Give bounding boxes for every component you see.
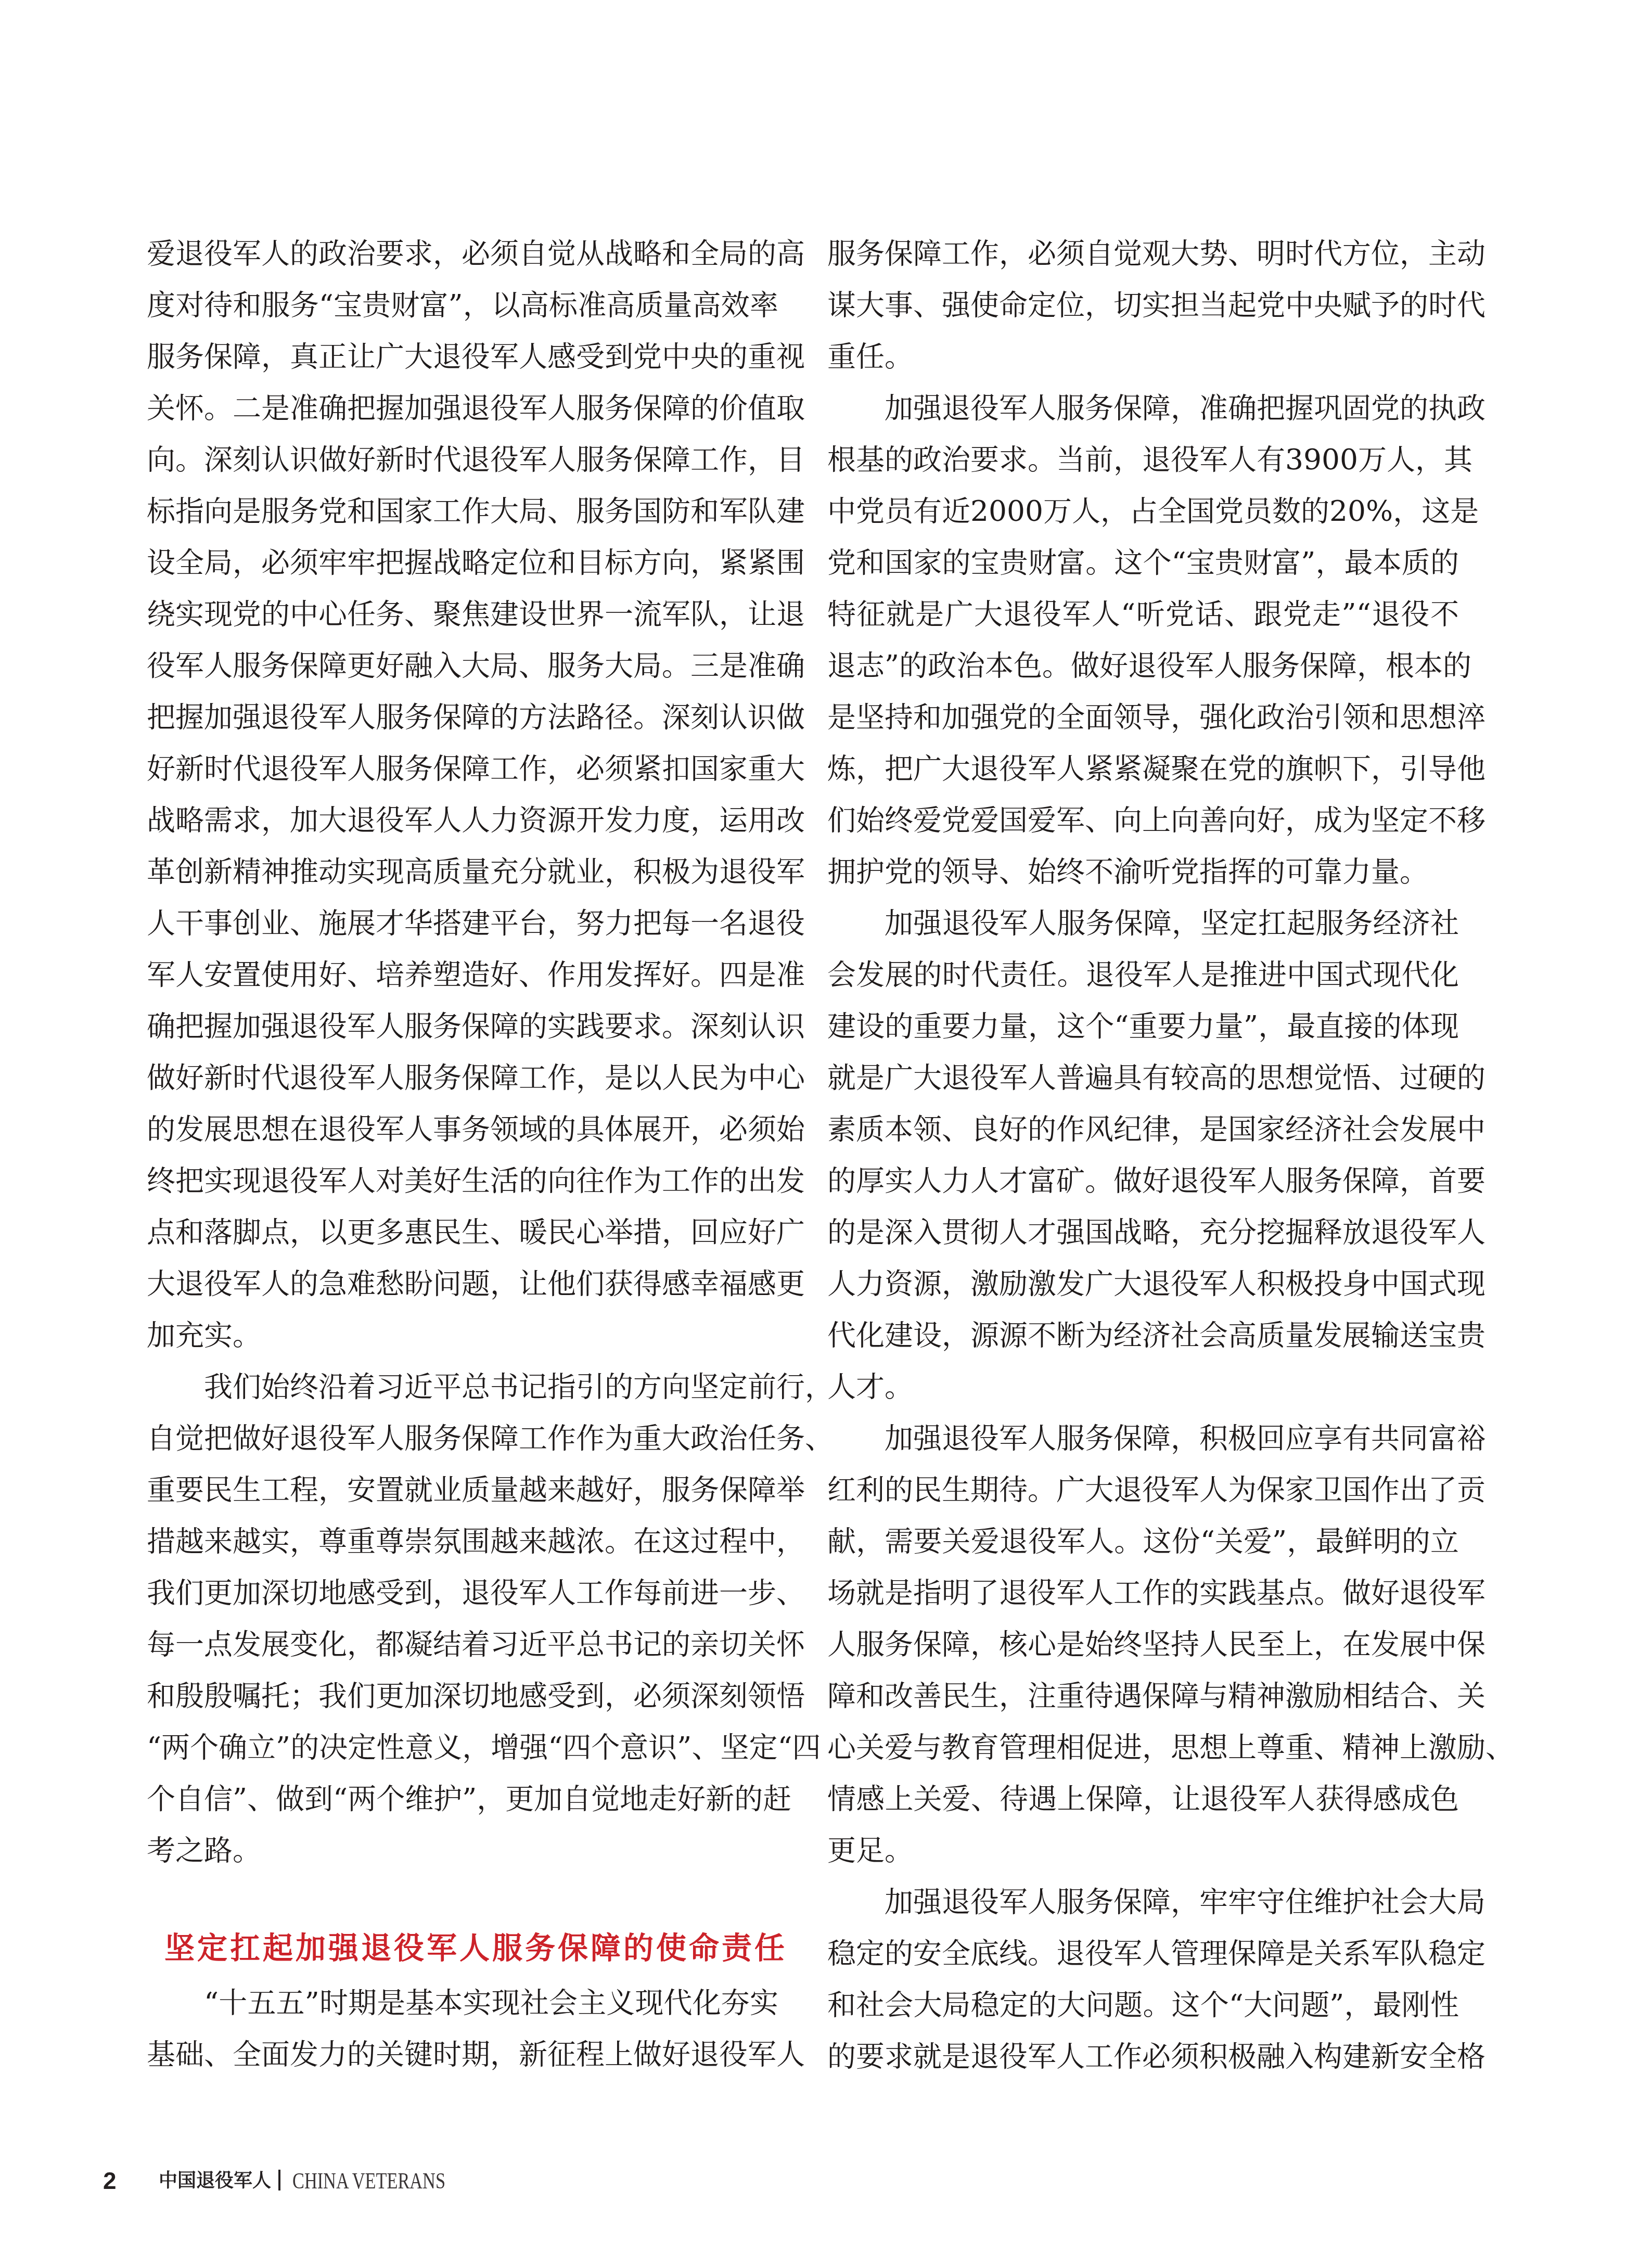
- body-line: 和社会大局稳定的大问题。这个“大问题”，最刚性: [827, 1987, 1459, 2023]
- body-line: 人服务保障，核心是始终坚持人民至上，在发展中保: [827, 1626, 1459, 1662]
- body-line: 特征就是广大退役军人“听党话、跟党走”“退役不: [827, 596, 1459, 632]
- body-line: 心关爱与教育管理相促进，思想上尊重、精神上激励、: [827, 1729, 1459, 1765]
- body-line: 终把实现退役军人对美好生活的向往作为工作的出发: [147, 1162, 778, 1199]
- body-line: 人力资源，激励激发广大退役军人积极投身中国式现: [827, 1265, 1459, 1302]
- body-line: 是坚持和加强党的全面领导，强化政治引领和思想淬: [827, 699, 1459, 735]
- body-line: 献，需要关爱退役军人。这份“关爱”，最鲜明的立: [827, 1523, 1459, 1559]
- body-line: 重要民生工程，安置就业质量越来越好，服务保障举: [147, 1471, 778, 1508]
- body-line: 绕实现党的中心任务、聚焦建设世界一流军队，让退: [147, 596, 778, 632]
- body-line: 根基的政治要求。当前，退役军人有3900万人，其: [827, 441, 1459, 478]
- body-line: 做好新时代退役军人服务保障工作，是以人民为中心: [147, 1059, 778, 1096]
- body-line: 们始终爱党爱国爱军、向上向善向好，成为坚定不移: [827, 802, 1459, 838]
- body-line: 考之路。: [147, 1832, 778, 1868]
- body-line: 人才。: [827, 1368, 1459, 1405]
- body-line: 设全局，必须牢牢把握战略定位和目标方向，紧紧围: [147, 544, 778, 581]
- body-line: 红利的民生期待。广大退役军人为保家卫国作出了贡: [827, 1471, 1459, 1508]
- body-line: 战略需求，加大退役军人人力资源开发力度，运用改: [147, 802, 778, 838]
- body-line: 关怀。二是准确把握加强退役军人服务保障的价值取: [147, 390, 778, 426]
- body-line: 点和落脚点，以更多惠民生、暖民心举措，回应好广: [147, 1214, 778, 1250]
- body-line: 的要求就是退役军人工作必须积极融入构建新安全格: [827, 2038, 1459, 2074]
- body-line: 情感上关爱、待遇上保障，让退役军人获得感成色: [827, 1780, 1459, 1817]
- body-line: 爱退役军人的政治要求，必须自觉从战略和全局的高: [147, 235, 778, 272]
- body-line: 障和改善民生，注重待遇保障与精神激励相结合、关: [827, 1677, 1459, 1714]
- body-line: 每一点发展变化，都凝结着习近平总书记的亲切关怀: [147, 1626, 778, 1662]
- body-line: 退志”的政治本色。做好退役军人服务保障，根本的: [827, 647, 1459, 684]
- body-line: 党和国家的宝贵财富。这个“宝贵财富”，最本质的: [827, 544, 1459, 581]
- body-line: 度对待和服务“宝贵财富”，以高标准高质量高效率: [147, 287, 778, 323]
- body-line: 中党员有近2000万人，占全国党员数的20%，这是: [827, 493, 1459, 529]
- body-line: “两个确立”的决定性意义，增强“四个意识”、坚定“四: [147, 1729, 778, 1765]
- body-line: 自觉把做好退役军人服务保障工作作为重大政治任务、: [147, 1420, 778, 1456]
- body-line: 加强退役军人服务保障，准确把握巩固党的执政: [827, 390, 1459, 426]
- body-line: 谋大事、强使命定位，切实担当起党中央赋予的时代: [827, 287, 1459, 323]
- body-line: 我们更加深切地感受到，退役军人工作每前进一步、: [147, 1574, 778, 1611]
- body-line: 建设的重要力量，这个“重要力量”，最直接的体现: [827, 1008, 1459, 1044]
- body-line: 标指向是服务党和国家工作大局、服务国防和军队建: [147, 493, 778, 529]
- body-line: 服务保障工作，必须自觉观大势、明时代方位，主动: [827, 235, 1459, 272]
- body-line: 的是深入贯彻人才强国战略，充分挖掘释放退役军人: [827, 1214, 1459, 1250]
- body-line: 好新时代退役军人服务保障工作，必须紧扣国家重大: [147, 750, 778, 787]
- body-line: 个自信”、做到“两个维护”，更加自觉地走好新的赶: [147, 1780, 778, 1817]
- body-line: 我们始终沿着习近平总书记指引的方向坚定前行，: [147, 1368, 778, 1405]
- body-line: 基础、全面发力的关键时期，新征程上做好退役军人: [147, 2036, 778, 2072]
- section-heading: 坚定扛起加强退役军人服务保障的使命责任: [164, 1928, 763, 1968]
- body-line: 把握加强退役军人服务保障的方法路径。深刻认识做: [147, 699, 778, 735]
- body-line: 场就是指明了退役军人工作的实践基点。做好退役军: [827, 1574, 1459, 1611]
- magazine-name-cn: 中国退役军人: [159, 2170, 271, 2193]
- magazine-name-en: CHINA VETERANS: [292, 2169, 445, 2194]
- body-line: 的厚实人力人才富矿。做好退役军人服务保障，首要: [827, 1162, 1459, 1199]
- body-line: 措越来越实，尊重尊崇氛围越来越浓。在这过程中，: [147, 1523, 778, 1559]
- body-line: 向。深刻认识做好新时代退役军人服务保障工作，目: [147, 441, 778, 478]
- body-line: 加强退役军人服务保障，坚定扛起服务经济社: [827, 905, 1459, 941]
- body-line: 的发展思想在退役军人事务领域的具体展开，必须始: [147, 1111, 778, 1147]
- body-line: 革创新精神推动实现高质量充分就业，积极为退役军: [147, 853, 778, 890]
- body-line: 代化建设，源源不断为经济社会高质量发展输送宝贵: [827, 1317, 1459, 1353]
- body-line: 军人安置使用好、培养塑造好、作用发挥好。四是准: [147, 956, 778, 993]
- body-line: 素质本领、良好的作风纪律，是国家经济社会发展中: [827, 1111, 1459, 1147]
- body-line: 加强退役军人服务保障，积极回应享有共同富裕: [827, 1420, 1459, 1456]
- footer-divider: [278, 2170, 280, 2190]
- body-line: 拥护党的领导、始终不渝听党指挥的可靠力量。: [827, 853, 1459, 890]
- body-line: 会发展的时代责任。退役军人是推进中国式现代化: [827, 956, 1459, 993]
- body-line: 确把握加强退役军人服务保障的实践要求。深刻认识: [147, 1008, 778, 1044]
- body-line: 更足。: [827, 1832, 1459, 1868]
- body-line: 人干事创业、施展才华搭建平台，努力把每一名退役: [147, 905, 778, 941]
- body-line: “十五五”时期是基本实现社会主义现代化夯实: [147, 1984, 778, 2021]
- page-footer: 2 中国退役军人 CHINA VETERANS: [0, 2168, 624, 2194]
- body-line: 服务保障，真正让广大退役军人感受到党中央的重视: [147, 338, 778, 375]
- body-line: 就是广大退役军人普遍具有较高的思想觉悟、过硬的: [827, 1059, 1459, 1096]
- body-line: 稳定的安全底线。退役军人管理保障是关系军队稳定: [827, 1935, 1459, 1971]
- body-line: 加充实。: [147, 1317, 778, 1353]
- magazine-page: 爱退役军人的政治要求，必须自觉从战略和全局的高 度对待和服务“宝贵财富”，以高标…: [0, 0, 1652, 2242]
- body-line: 役军人服务保障更好融入大局、服务大局。三是准确: [147, 647, 778, 684]
- body-line: 加强退役军人服务保障，牢牢守住维护社会大局: [827, 1884, 1459, 1920]
- body-line: 大退役军人的急难愁盼问题，让他们获得感幸福感更: [147, 1265, 778, 1302]
- body-line: 炼，把广大退役军人紧紧凝聚在党的旗帜下，引导他: [827, 750, 1459, 787]
- body-line: 和殷殷嘱托；我们更加深切地感受到，必须深刻领悟: [147, 1677, 778, 1714]
- body-line: 重任。: [827, 338, 1459, 375]
- page-number: 2: [103, 2168, 117, 2194]
